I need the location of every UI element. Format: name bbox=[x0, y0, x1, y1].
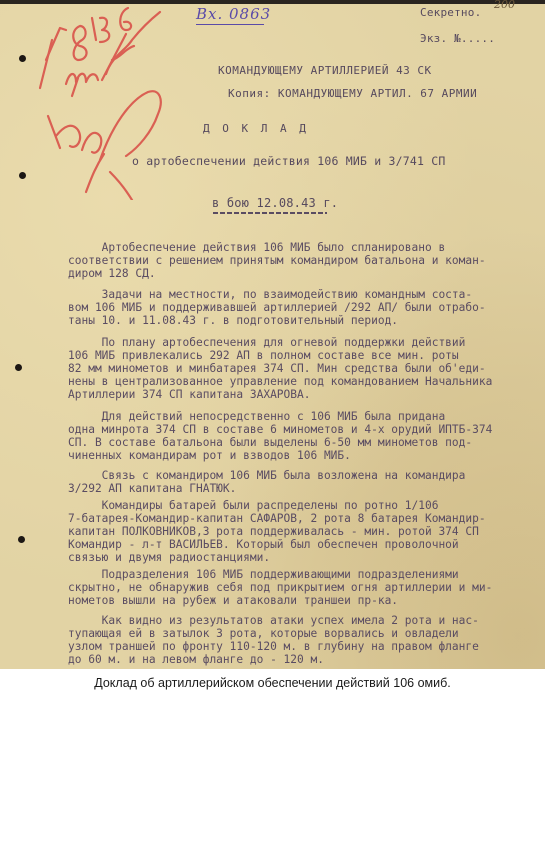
punch-hole bbox=[18, 536, 25, 543]
archival-document-scan: Вх. 0863 Секретно. 200 Экз. №..... КОМАН… bbox=[0, 0, 545, 669]
paragraph-line: По плану артобеспечения для огневой подд… bbox=[68, 336, 465, 350]
secrecy-mark: Секретно. bbox=[420, 6, 481, 19]
paragraph-line: 82 мм минометов и минбатарея 374 СП. Мин… bbox=[68, 362, 486, 376]
paragraph-line: Командиры батарей были распределены по р… bbox=[68, 499, 438, 513]
paragraph-line: Артиллерии 374 СП капитана ЗАХАРОВА. bbox=[68, 388, 310, 402]
paragraph-line: диром 128 СД. bbox=[68, 267, 156, 281]
paragraph-line: Для действий непосредственно с 106 МИБ б… bbox=[68, 410, 445, 424]
paragraph-line: соответствии с решением принятым команди… bbox=[68, 254, 486, 268]
paragraph-line: тупающая ей в затылок 3 рота, которые во… bbox=[68, 627, 459, 641]
registration-underline bbox=[196, 24, 264, 25]
paragraph-line: до 60 м. и на левом фланге до - 120 м. bbox=[68, 653, 324, 667]
paragraph-line: связью и двумя радиостанциями. bbox=[68, 551, 270, 565]
red-pencil-resolution-icon bbox=[0, 0, 200, 200]
image-caption: Доклад об артиллерийском обеспечении дей… bbox=[0, 676, 545, 690]
paragraph-line: СП. В составе батальона были выделены 6-… bbox=[68, 436, 472, 450]
punch-hole bbox=[15, 364, 22, 371]
paragraph-line: чиненных командирам рот и взводов 106 МИ… bbox=[68, 449, 351, 463]
paragraph-line: Связь с командиром 106 МИБ была возложен… bbox=[68, 469, 465, 483]
paragraph-line: одна минрота 374 СП в составе 6 миномето… bbox=[68, 423, 492, 437]
paragraph-line: Задачи на местности, по взаимодействию к… bbox=[68, 288, 472, 302]
paragraph-line: вом 106 МИБ и поддерживавшей артиллерией… bbox=[68, 301, 486, 315]
copy-number: Экз. №..... bbox=[420, 32, 495, 45]
paragraph-line: Командир - л-т ВАСИЛЬЕВ. Который был обе… bbox=[68, 538, 459, 552]
page-number-mark: 200 bbox=[494, 0, 515, 11]
registration-number: Вх. 0863 bbox=[196, 5, 271, 23]
copy-to: Копия: КОМАНДУЮЩЕМУ АРТИЛ. 67 АРМИИ bbox=[228, 87, 477, 100]
paragraph-line: нометов вышли на рубеж и атаковали транш… bbox=[68, 594, 398, 608]
paragraph-line: нены в централизованное управление под к… bbox=[68, 375, 492, 389]
document-title: Д О К Л А Д bbox=[203, 122, 309, 135]
date-underline bbox=[213, 212, 327, 214]
paragraph-line: 7-батарея-Командир-капитан САФАРОВ, 2 ро… bbox=[68, 512, 486, 526]
paragraph-line: таны 10. и 11.08.43 г. в подготовительны… bbox=[68, 314, 398, 328]
paragraph-line: капитан ПОЛКОВНИКОВ,3 рота поддерживалас… bbox=[68, 525, 479, 539]
paragraph-line: 3/292 АП капитана ГНАТЮК. bbox=[68, 482, 236, 496]
paragraph-line: узлом траншей по фронту 110-120 м. в глу… bbox=[68, 640, 479, 654]
paragraph-line: Артобеспечение действия 106 МИБ было спл… bbox=[68, 241, 445, 255]
addressee: КОМАНДУЮЩЕМУ АРТИЛЛЕРИЕЙ 43 СК bbox=[218, 64, 432, 77]
paragraph-line: Подразделения 106 МИБ поддерживающими по… bbox=[68, 568, 459, 582]
document-subject: о артобеспечении действия 106 МИБ и 3/74… bbox=[132, 154, 445, 168]
paragraph-line: Как видно из результатов атаки успех име… bbox=[68, 614, 479, 628]
paragraph-line: 106 МИБ привлекались 292 АП в полном сос… bbox=[68, 349, 459, 363]
paragraph-line: скрытно, не обнаружив себя под прикрытие… bbox=[68, 581, 492, 595]
document-date: в бою 12.08.43 г. bbox=[212, 196, 338, 210]
